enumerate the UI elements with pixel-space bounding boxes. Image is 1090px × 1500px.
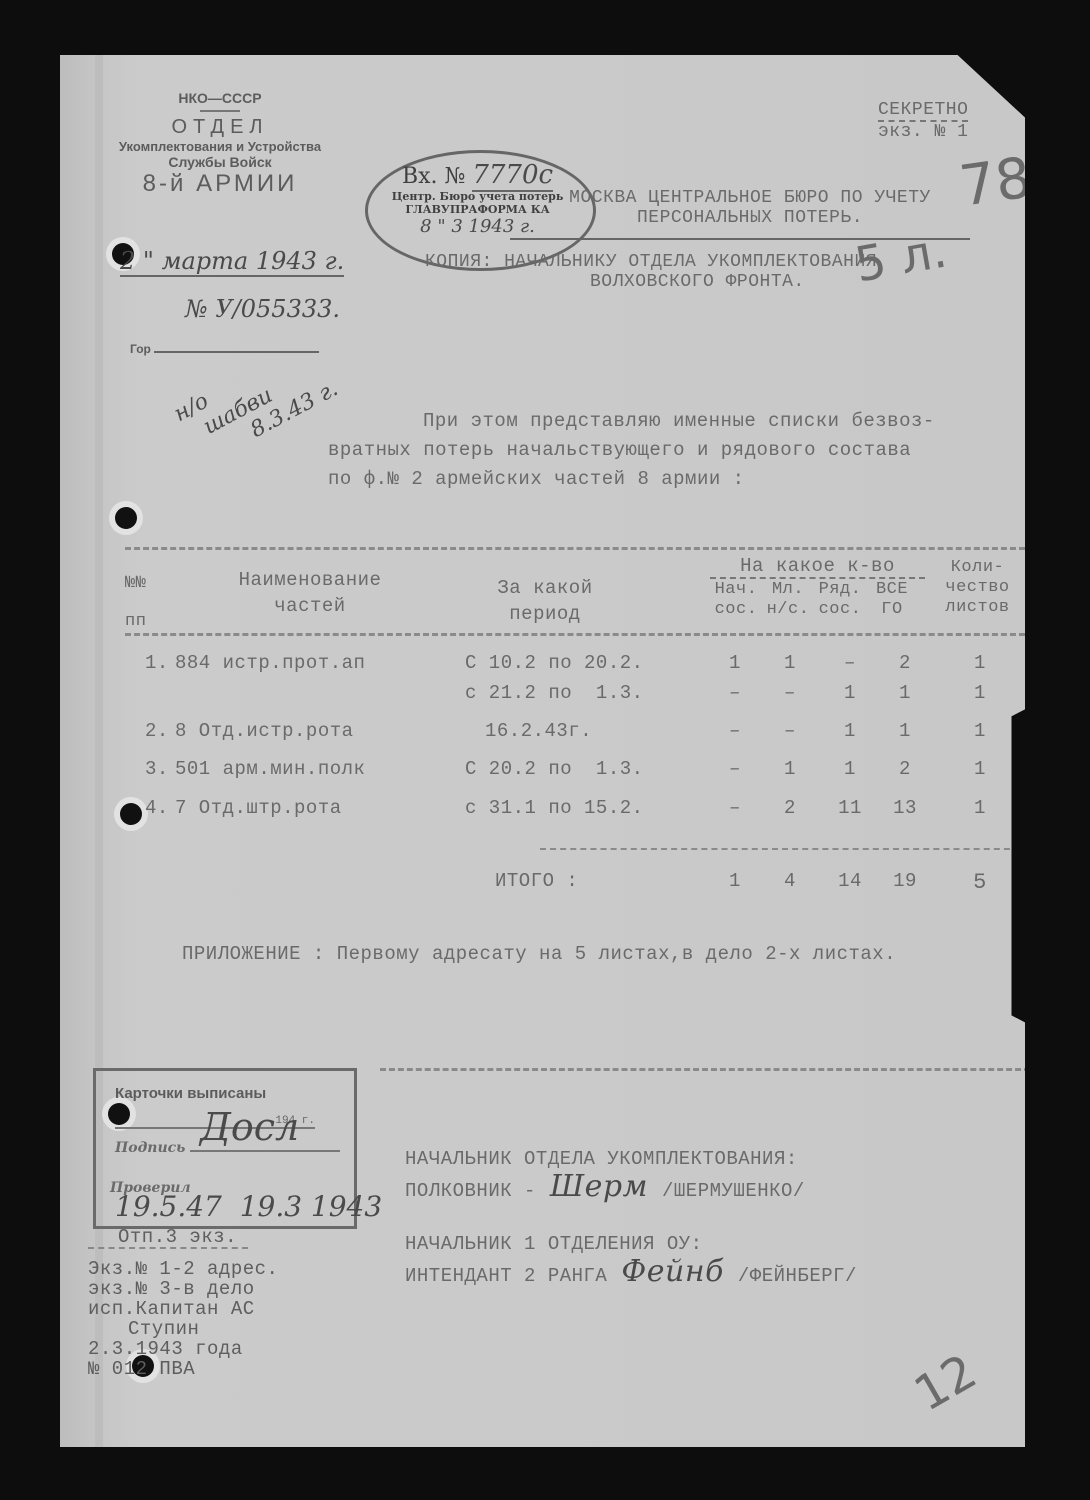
letterhead-dept: ОТДЕЛ [100,116,340,139]
copy-number: 1 [957,122,968,142]
cards-stamp-title: Карточки выписаны [115,1085,266,1102]
head-signature: Шерм [536,1169,662,1204]
letter-date: 2 " марта 1943 г. [120,247,344,275]
section-signature: Фейнб [607,1254,738,1289]
classification: СЕКРЕТНО экз. № 1 [878,100,968,142]
appendix: ПРИЛОЖЕНИЕ : Первому адресату на 5 листа… [182,943,896,965]
body-text: При этом представляю именные списки безв… [328,407,935,494]
table-top-rule [125,547,1025,550]
cards-checked-date: 19.5.47 19.3 1943 [115,1190,382,1223]
page-number-mark: 12 [905,1343,986,1422]
letterhead-army: 8-й АРМИИ [100,170,340,198]
footer-rule [380,1068,1030,1071]
secret-label: СЕКРЕТНО [878,100,968,122]
letterhead-service: Службы Войск [100,154,340,170]
punch-hole [115,507,137,529]
letterhead-org: НКО—СССР [100,90,340,106]
cards-signature: Досл [200,1105,299,1149]
signature-block-head: НАЧАЛЬНИК ОТДЕЛА УКОМПЛЕКТОВАНИЯ: ПОЛКОВ… [405,1145,805,1205]
addressee-main: МОСКВА ЦЕНТРАЛЬНОЕ БЮРО ПО УЧЕТУ ПЕРСОНА… [520,188,980,228]
outgoing-number: № У/055333. [185,295,340,323]
table-header-rule [125,633,1025,636]
addressee-copy: КОПИЯ: НАЧАЛЬНИКУ ОТДЕЛА УКОМПЛЕКТОВАНИЯ… [425,252,877,292]
signature-block-section: НАЧАЛЬНИК 1 ОТДЕЛЕНИЯ ОУ: ИНТЕНДАНТ 2 РА… [405,1230,857,1290]
punch-hole [120,803,142,825]
totals-rule [540,848,1020,850]
letterhead-section: Укомплектования и Устройства [100,139,340,154]
letterhead: НКО—СССР ОТДЕЛ Укомплектования и Устройс… [100,90,340,198]
distribution: Отп.3 экз. Экз.№ 1-2 адрес. экз.№ 3-в де… [88,1227,278,1379]
document-page: НКО—СССР ОТДЕЛ Укомплектования и Устройс… [60,55,1025,1447]
pencil-note-sheets: 5 л. [851,222,951,293]
